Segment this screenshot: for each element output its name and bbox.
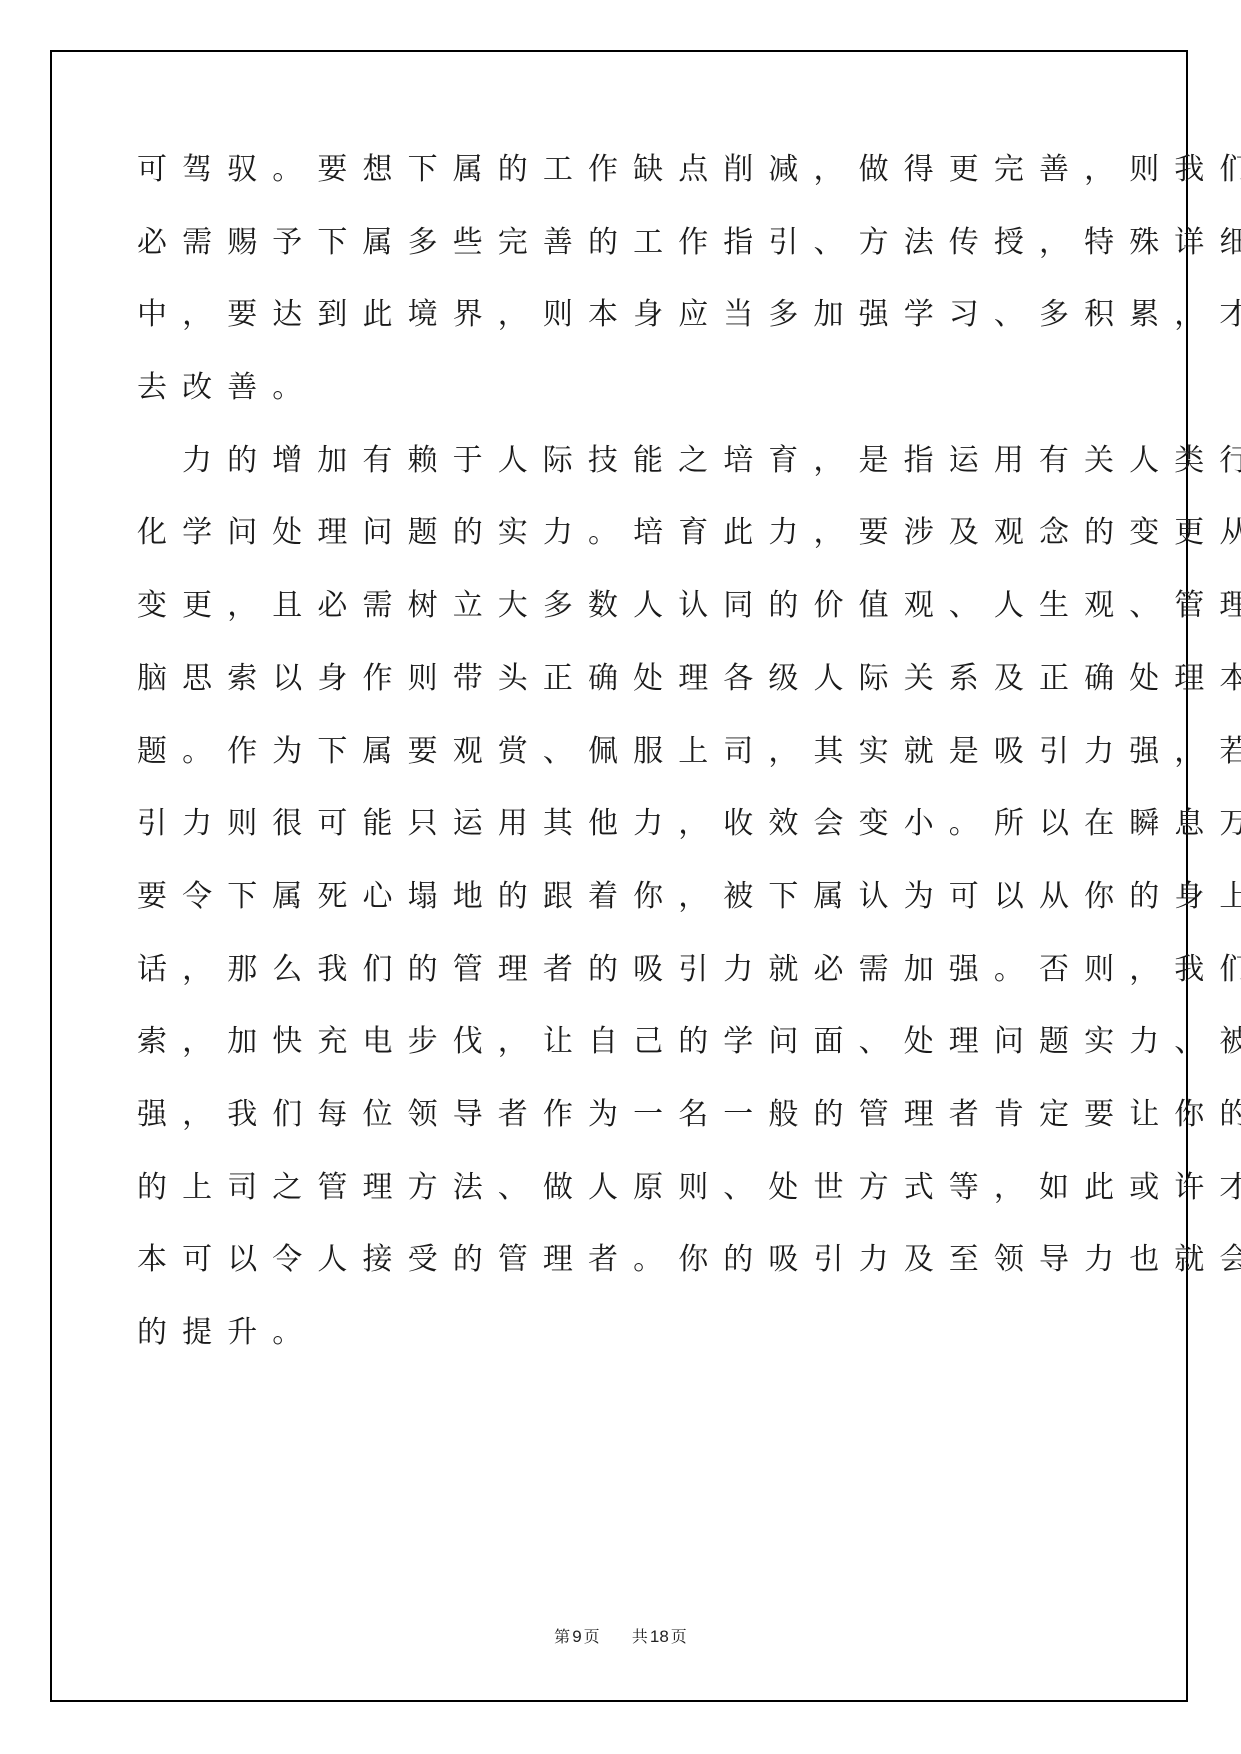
text-line: 中，要达到此境界，则本身应当多加强学习、多积累，才有可能逐步	[137, 292, 1097, 365]
text-line: 必需赐予下属多些完善的工作指引、方法传授，特殊详细到实际工作	[137, 220, 1097, 293]
text-line: 强，我们每位领导者作为一名一般的管理者肯定要让你的下属满足他	[137, 1092, 1097, 1165]
total-prefix: 共	[632, 1627, 648, 1646]
text-line: 脑思索以身作则带头正确处理各级人际关系及正确处理本职的各种问	[137, 656, 1097, 729]
total-suffix: 页	[671, 1627, 687, 1646]
current-page-number: 9	[570, 1627, 583, 1646]
text-line: 的上司之管理方法、做人原则、处世方式等，如此或许才算是一个基	[137, 1165, 1097, 1238]
text-line: 变更，且必需树立大多数人认同的价值观、人生观、管理观，运用大	[137, 583, 1097, 656]
text-line: 的提升。	[137, 1310, 1097, 1383]
text-line: 引力则很可能只运用其他力，收效会变小。所以在瞬息万变的社会中，	[137, 801, 1097, 874]
page-number: 第9页	[554, 1627, 605, 1646]
text-line: 化学问处理问题的实力。培育此力，要涉及观念的变更从而令行为的	[137, 510, 1097, 583]
paragraph-first-line: 力的增加有赖于人际技能之培育，是指运用有关人类行为的系统	[137, 438, 1097, 511]
text-line: 题。作为下属要观赏、佩服上司，其实就是吸引力强，若上司没此吸	[137, 729, 1097, 802]
page-prefix: 第	[554, 1627, 570, 1646]
text-line: 去改善。	[137, 365, 1097, 438]
total-pages: 共18页	[632, 1627, 687, 1646]
text-line: 话，那么我们的管理者的吸引力就必需加强。否则，我们必需仔细思	[137, 947, 1097, 1020]
page-suffix: 页	[584, 1627, 600, 1646]
text-line: 本可以令人接受的管理者。你的吸引力及至领导力也就会得到实质性	[137, 1237, 1097, 1310]
text-line: 要令下属死心塌地的跟着你，被下属认为可以从你的身上学到学问的	[137, 874, 1097, 947]
document-body: 可驾驭。要想下属的工作缺点削减，做得更完善，则我们各级管理员 必需赐予下属多些完…	[137, 147, 1097, 1383]
text-line: 索，加快充电步伐，让自己的学问面、处理问题实力、被人观赏面加	[137, 1019, 1097, 1092]
page-footer: 第9页 共18页	[0, 1624, 1241, 1647]
text-line: 可驾驭。要想下属的工作缺点削减，做得更完善，则我们各级管理员	[137, 147, 1097, 220]
total-pages-number: 18	[648, 1627, 671, 1646]
